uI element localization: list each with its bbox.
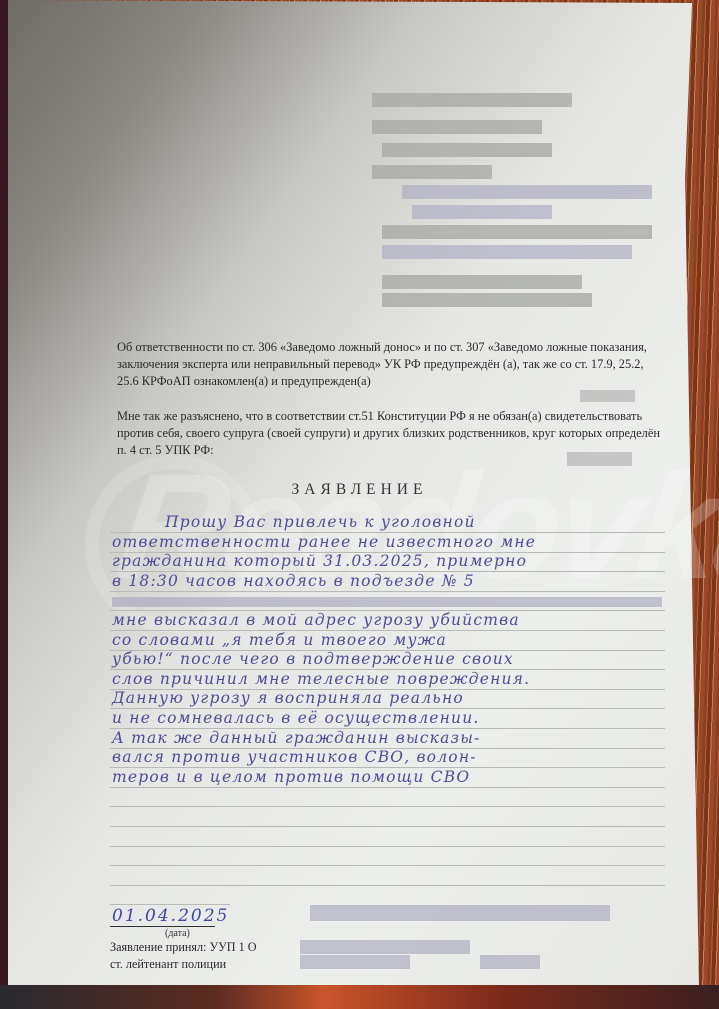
date-underline [110,926,215,927]
dark-edge [0,0,8,1009]
ruled-line [110,826,665,827]
document-title: ЗАЯВЛЕНИЕ [0,481,719,499]
handwritten-line: убью!“ после чего в подтверждение своих [112,650,514,668]
handwritten-line: А так же данный гражданин высказы- [112,729,480,747]
handwritten-line: слов причинил мне телесные повреждения. [112,670,530,688]
date-label: (дата) [165,928,190,939]
handwritten-line: со словами „я тебя и твоего мужа [112,631,447,649]
ruled-line [110,787,665,788]
liability-warning-paragraph: Об ответственности по ст. 306 «Заведомо … [117,339,662,390]
redacted-signature-2 [567,452,632,466]
handwritten-line: Прошу Вас привлечь к уголовной [165,513,476,531]
redacted-officer-name [300,955,410,969]
handwritten-line: вался против участников СВО, волон- [112,748,477,766]
handwritten-line: теров и в целом против помощи СВО [112,768,470,786]
ruled-line [110,806,665,807]
redacted-applicant-signature [310,905,610,921]
officer-rank: ст. лейтенант полиции [110,957,226,972]
redacted-officer-signature [480,955,540,969]
handwritten-line: Данную угрозу я восприняла реально [112,689,464,707]
date-value: 01.04.2025 [112,906,229,926]
redacted-handwritten-line [112,597,662,607]
ruled-line [110,591,665,592]
ruled-line [110,885,665,886]
handwritten-line: в 18:30 часов находясь в подъезде № 5 [112,572,475,590]
handwritten-line: ответственности ранее не известного мне [112,533,536,551]
received-by-label: Заявление принял: УУП 1 О [110,940,257,955]
redacted-officer-unit [300,940,470,954]
table-edge [0,985,719,1009]
redacted-signature-1 [580,390,635,402]
handwritten-line: мне высказал в мой адрес угрозу убийства [112,611,520,629]
handwritten-line: гражданина который 31.03.2025, примерно [112,552,527,570]
redacted-header-block [362,85,652,315]
handwritten-line: и не сомневалась в её осуществлении. [112,709,480,727]
ruled-line [110,865,665,866]
ruled-line [110,846,665,847]
